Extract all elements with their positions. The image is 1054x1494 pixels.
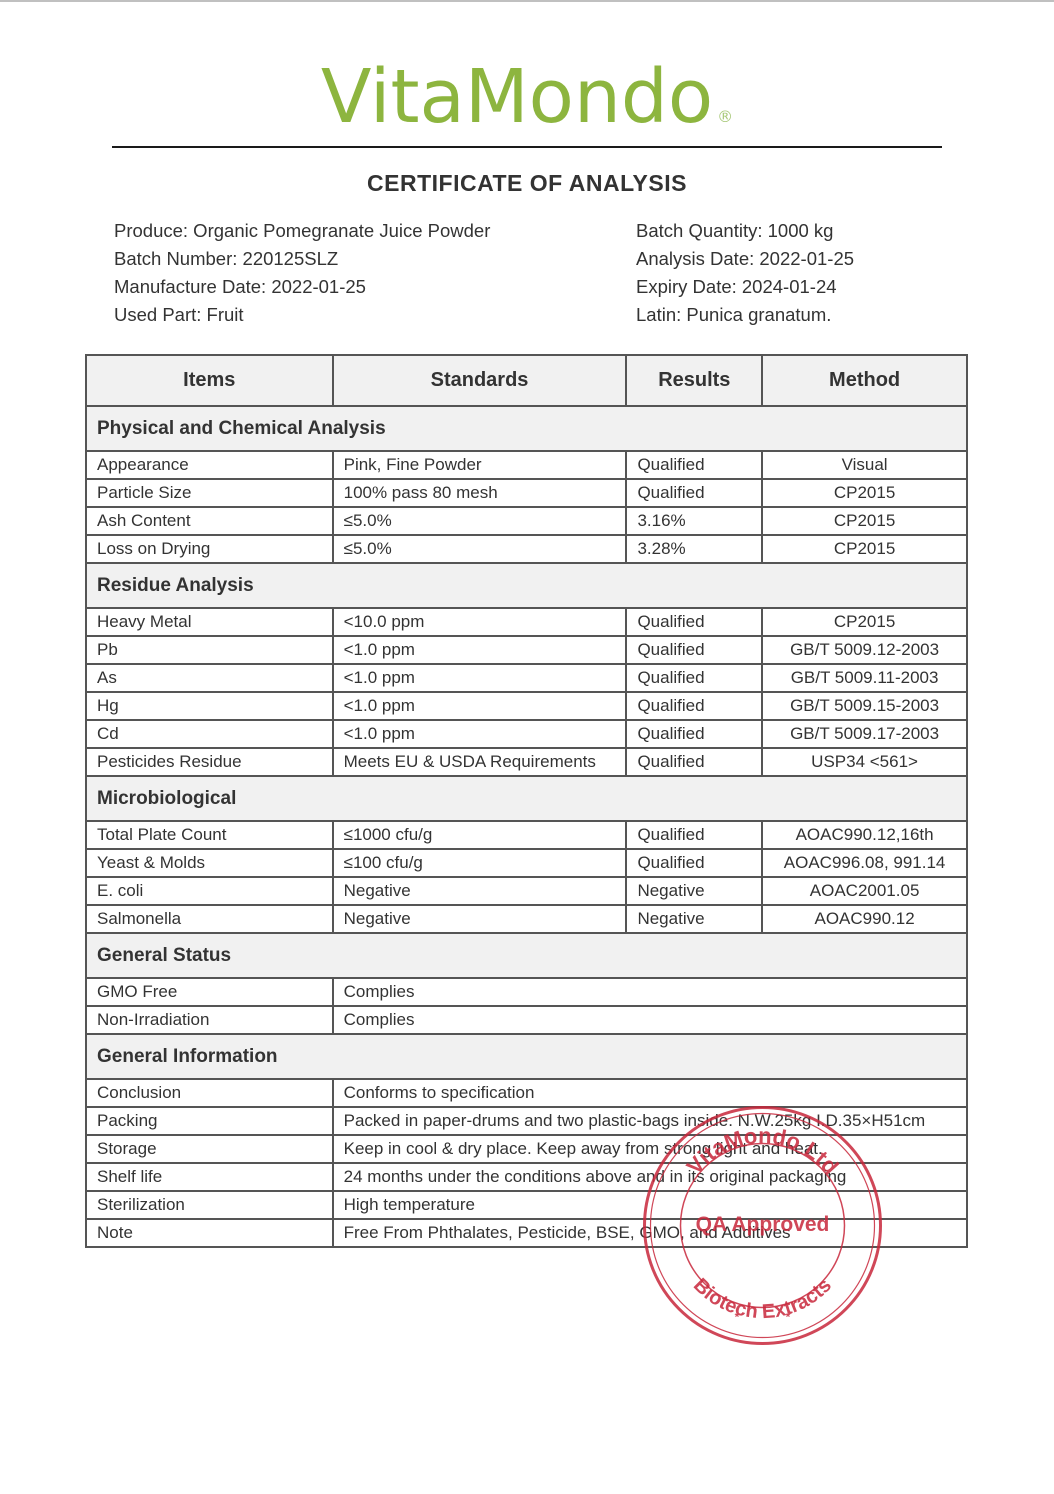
brand-logo: VitaMondo® [0,52,1054,142]
table-row: Ash Content≤5.0%3.16%CP2015 [86,507,967,535]
registered-mark: ® [717,107,733,126]
top-border [0,0,1054,2]
cell-item: Packing [86,1107,333,1135]
cell-item: Sterilization [86,1191,333,1219]
cell-method: CP2015 [762,608,967,636]
cell-item: Particle Size [86,479,333,507]
cell-method: CP2015 [762,479,967,507]
cell-result: Qualified [626,608,762,636]
meta-analysis-date: Analysis Date: 2022-01-25 [636,245,854,273]
table-row: SterilizationHigh temperature [86,1191,967,1219]
cell-standard: ≤100 cfu/g [333,849,627,877]
document-title: CERTIFICATE OF ANALYSIS [0,170,1054,197]
section-title: General Status [86,933,967,978]
section-residue-analysis: Residue Analysis [86,563,967,608]
cell-method: GB/T 5009.12-2003 [762,636,967,664]
cell-standard: Meets EU & USDA Requirements [333,748,627,776]
cell-standard: ≤1000 cfu/g [333,821,627,849]
cell-item: Ash Content [86,507,333,535]
table-row: Heavy Metal<10.0 ppmQualifiedCP2015 [86,608,967,636]
cell-item: Loss on Drying [86,535,333,563]
cell-standard: Packed in paper-drums and two plastic-ba… [333,1107,967,1135]
cell-result: Qualified [626,636,762,664]
cell-standard: <1.0 ppm [333,692,627,720]
cell-item: GMO Free [86,978,333,1006]
cell-result: Qualified [626,664,762,692]
cell-standard: Pink, Fine Powder [333,451,627,479]
cell-method: GB/T 5009.17-2003 [762,720,967,748]
cell-item: Pb [86,636,333,664]
cell-result: Qualified [626,748,762,776]
cell-standard: Keep in cool & dry place. Keep away from… [333,1135,967,1163]
cell-result: Qualified [626,451,762,479]
section-title: Microbiological [86,776,967,821]
cell-item: Cd [86,720,333,748]
table-row: SalmonellaNegativeNegativeAOAC990.12 [86,905,967,933]
cell-standard: Negative [333,905,627,933]
cell-method: AOAC2001.05 [762,877,967,905]
meta-latin: Latin: Punica granatum. [636,301,854,329]
cell-method: Visual [762,451,967,479]
cell-item: Yeast & Molds [86,849,333,877]
table-row: NoteFree From Phthalates, Pesticide, BSE… [86,1219,967,1247]
cell-item: Hg [86,692,333,720]
table-row: AppearancePink, Fine PowderQualifiedVisu… [86,451,967,479]
table-row: StorageKeep in cool & dry place. Keep aw… [86,1135,967,1163]
cell-item: Pesticides Residue [86,748,333,776]
cell-item: Conclusion [86,1079,333,1107]
cell-result: Qualified [626,479,762,507]
header-method: Method [762,355,967,406]
section-title: Residue Analysis [86,563,967,608]
cell-item: E. coli [86,877,333,905]
header-results: Results [626,355,762,406]
meta-batch-quantity: Batch Quantity: 1000 kg [636,217,854,245]
cell-standard: Negative [333,877,627,905]
meta-produce: Produce: Organic Pomegranate Juice Powde… [114,217,490,245]
cell-standard: Complies [333,1006,967,1034]
table-row: Loss on Drying≤5.0%3.28%CP2015 [86,535,967,563]
stamp-star-left: * [735,1310,740,1324]
cell-method: USP34 <561> [762,748,967,776]
brand-name: VitaMondo [321,54,713,140]
cell-standard: 100% pass 80 mesh [333,479,627,507]
cell-item: Salmonella [86,905,333,933]
cell-item: Non-Irradiation [86,1006,333,1034]
cell-standard: <1.0 ppm [333,664,627,692]
header-standards: Standards [333,355,627,406]
cell-result: Negative [626,905,762,933]
table-row: Total Plate Count≤1000 cfu/gQualifiedAOA… [86,821,967,849]
cell-standard: ≤5.0% [333,507,627,535]
section-general-status: General Status [86,933,967,978]
cell-item: Heavy Metal [86,608,333,636]
cell-method: CP2015 [762,507,967,535]
cell-standard: Free From Phthalates, Pesticide, BSE, GM… [333,1219,967,1247]
meta-left: Produce: Organic Pomegranate Juice Powde… [114,217,490,329]
cell-result: Qualified [626,821,762,849]
section-title: General Information [86,1034,967,1079]
section-general-information: General Information [86,1034,967,1079]
header-rule [112,146,942,148]
table-body: Physical and Chemical AnalysisAppearance… [86,406,967,1247]
table-row: As<1.0 ppmQualifiedGB/T 5009.11-2003 [86,664,967,692]
meta-used-part: Used Part: Fruit [114,301,490,329]
cell-method: AOAC990.12,16th [762,821,967,849]
stamp-star-right: * [786,1310,791,1324]
cell-method: GB/T 5009.11-2003 [762,664,967,692]
meta-right: Batch Quantity: 1000 kg Analysis Date: 2… [636,217,854,329]
cell-method: GB/T 5009.15-2003 [762,692,967,720]
cell-result: 3.16% [626,507,762,535]
cell-standard: <1.0 ppm [333,720,627,748]
cell-method: AOAC996.08, 991.14 [762,849,967,877]
table-row: Yeast & Molds≤100 cfu/gQualifiedAOAC996.… [86,849,967,877]
table-row: Particle Size100% pass 80 meshQualifiedC… [86,479,967,507]
table-row: Non-IrradiationComplies [86,1006,967,1034]
table-row: Hg<1.0 ppmQualifiedGB/T 5009.15-2003 [86,692,967,720]
section-title: Physical and Chemical Analysis [86,406,967,451]
table-row: Shelf life24 months under the conditions… [86,1163,967,1191]
analysis-table: Items Standards Results Method Physical … [85,354,968,1248]
cell-standard: High temperature [333,1191,967,1219]
section-physical-and-chemical-analysis: Physical and Chemical Analysis [86,406,967,451]
cell-result: Qualified [626,849,762,877]
meta-manufacture-date: Manufacture Date: 2022-01-25 [114,273,490,301]
cell-standard: <1.0 ppm [333,636,627,664]
cell-standard: 24 months under the conditions above and… [333,1163,967,1191]
cell-result: Qualified [626,692,762,720]
table-header-row: Items Standards Results Method [86,355,967,406]
table-row: GMO FreeComplies [86,978,967,1006]
cell-result: 3.28% [626,535,762,563]
cell-item: Appearance [86,451,333,479]
header-items: Items [86,355,333,406]
cell-method: AOAC990.12 [762,905,967,933]
cell-item: Shelf life [86,1163,333,1191]
cell-standard: ≤5.0% [333,535,627,563]
meta-batch-number: Batch Number: 220125SLZ [114,245,490,273]
cell-item: Storage [86,1135,333,1163]
cell-standard: Conforms to specification [333,1079,967,1107]
cell-standard: Complies [333,978,967,1006]
cell-result: Qualified [626,720,762,748]
section-microbiological: Microbiological [86,776,967,821]
cell-result: Negative [626,877,762,905]
table-row: Cd<1.0 ppmQualifiedGB/T 5009.17-2003 [86,720,967,748]
stamp-ring-bottom-text: Biotech Extracts [689,1274,836,1323]
cell-standard: <10.0 ppm [333,608,627,636]
table-row: Pb<1.0 ppmQualifiedGB/T 5009.12-2003 [86,636,967,664]
cell-item: Note [86,1219,333,1247]
table-row: Pesticides ResidueMeets EU & USDA Requir… [86,748,967,776]
cell-item: Total Plate Count [86,821,333,849]
cell-item: As [86,664,333,692]
cell-method: CP2015 [762,535,967,563]
meta-expiry-date: Expiry Date: 2024-01-24 [636,273,854,301]
table-row: PackingPacked in paper-drums and two pla… [86,1107,967,1135]
table-row: E. coliNegativeNegativeAOAC2001.05 [86,877,967,905]
table-row: ConclusionConforms to specification [86,1079,967,1107]
